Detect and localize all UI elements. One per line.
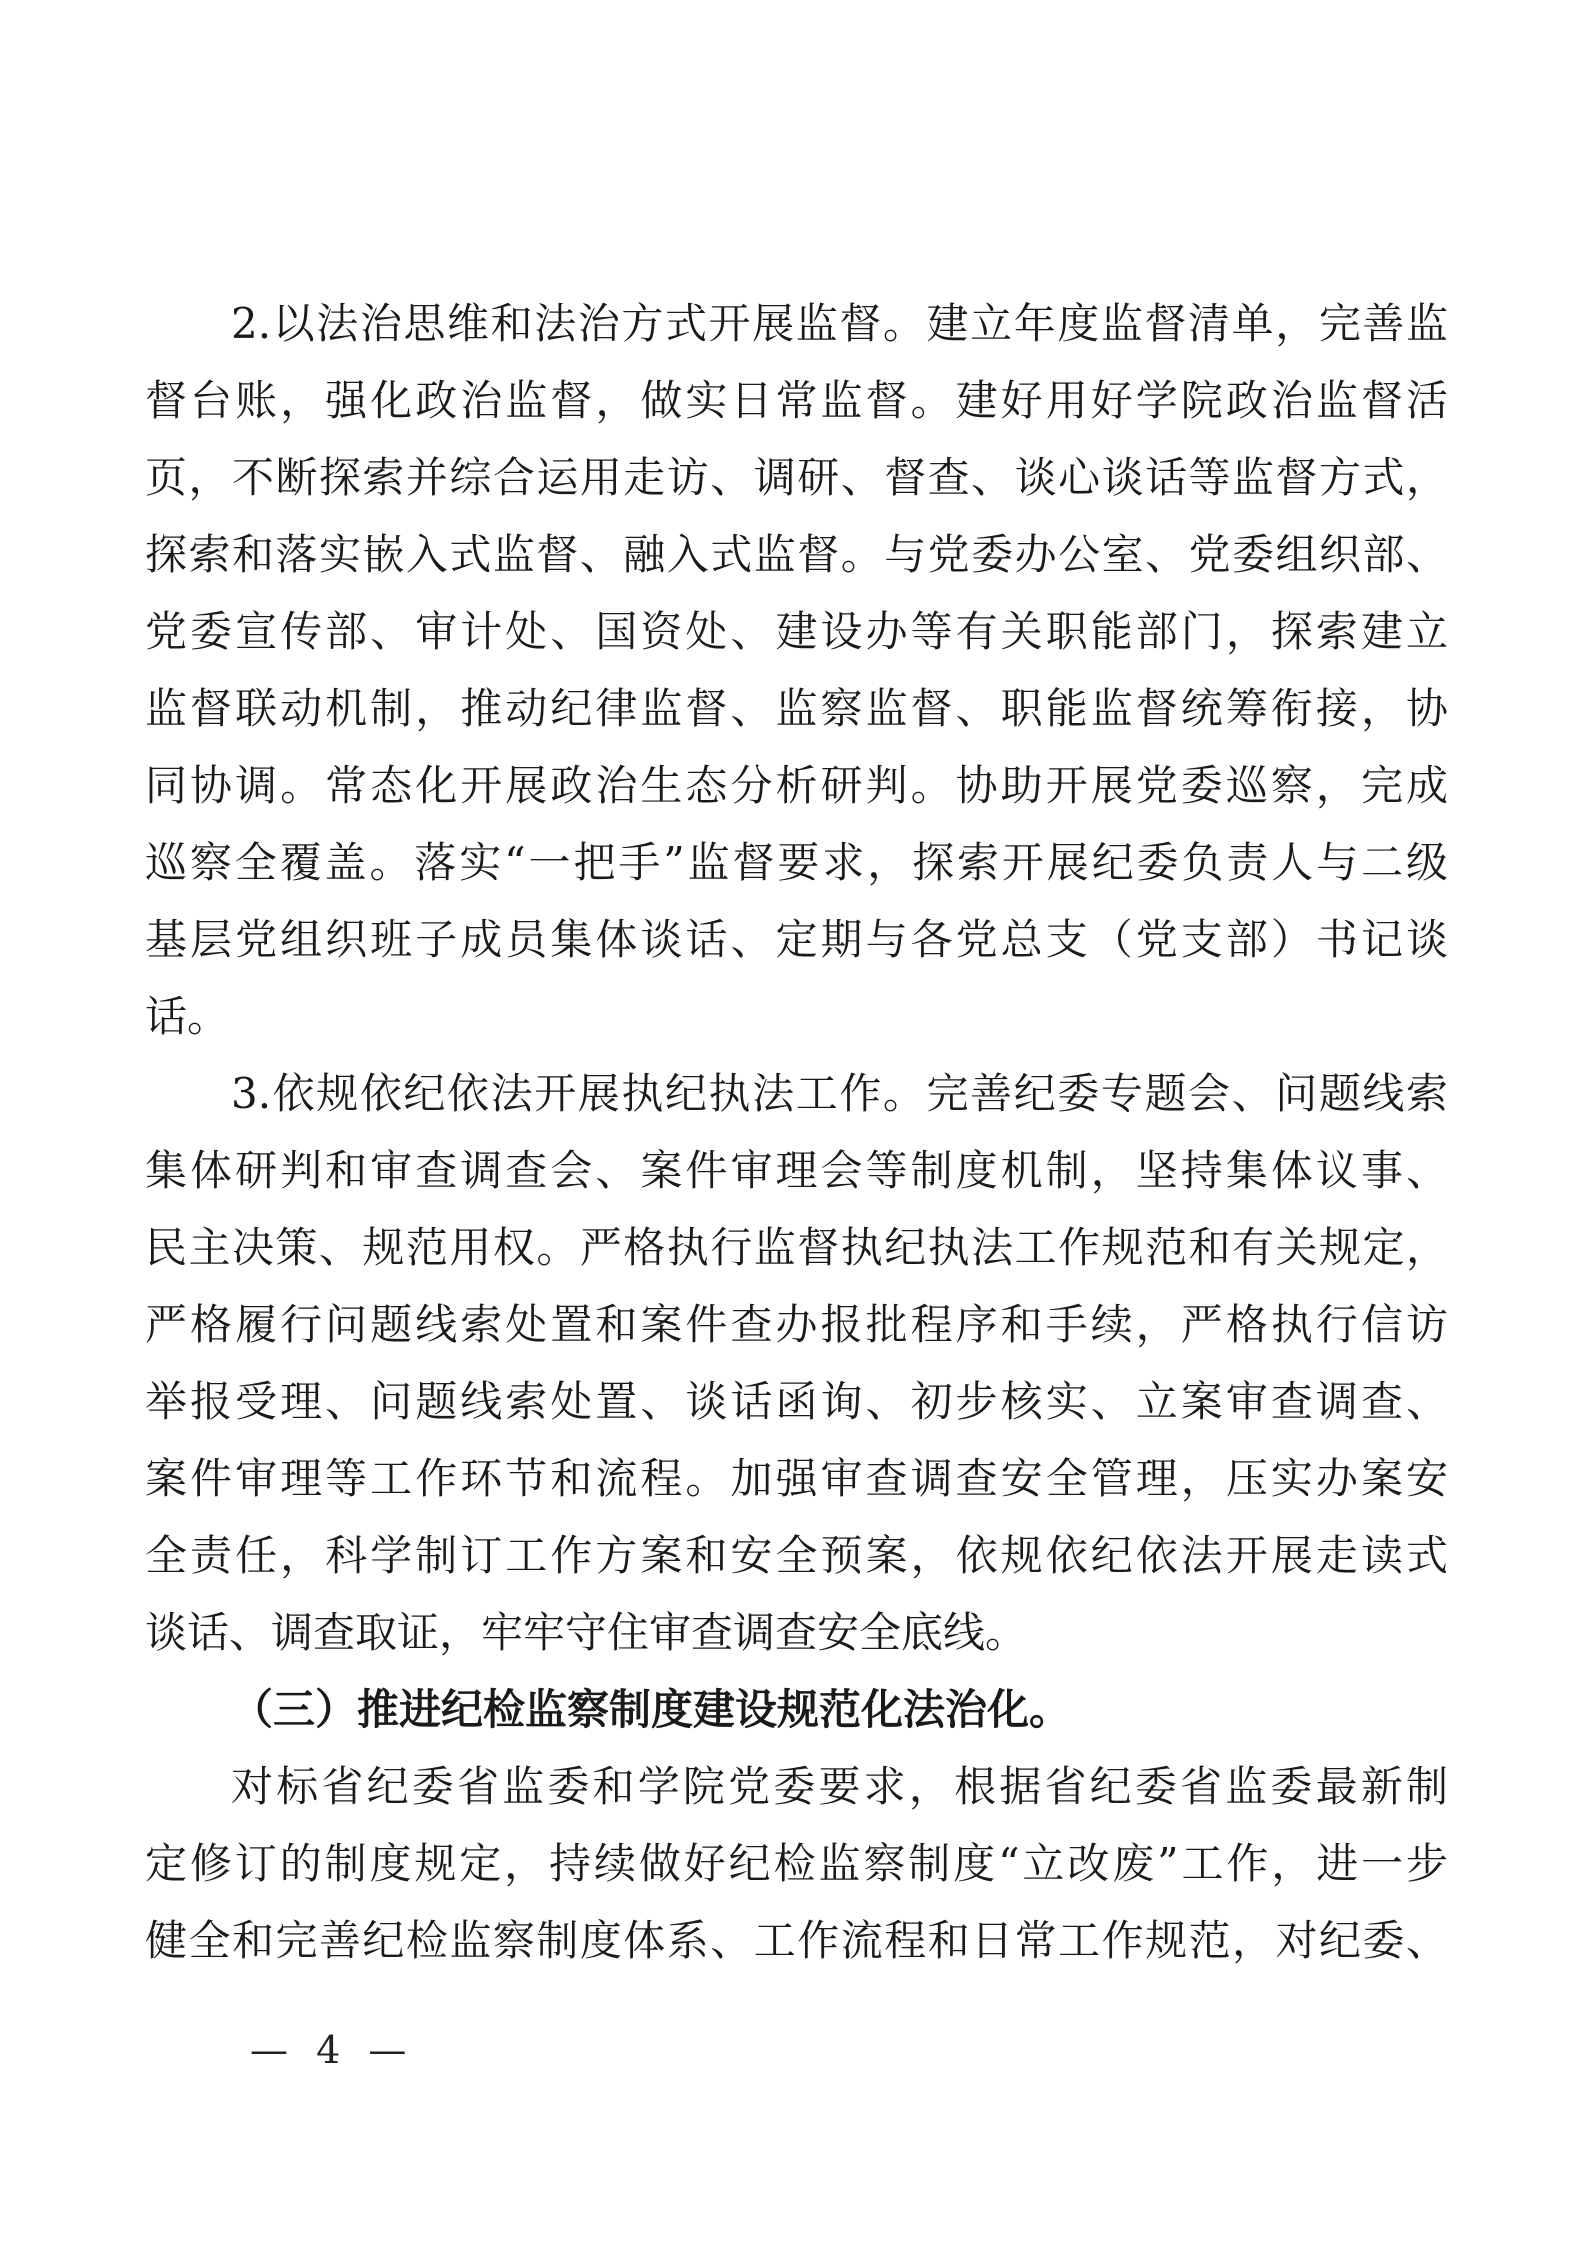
body-line: 集体研判和审查调查会、案件审理会等制度机制，坚持集体议事、 [145, 1132, 1448, 1209]
body-line: 民主决策、规范用权。严格执行监督执纪执法工作规范和有关规定， [145, 1209, 1448, 1286]
body-line: 页，不断探索并综合运用走访、调研、督查、谈心谈话等监督方式， [145, 439, 1448, 516]
body-line: 对标省纪委省监委和学院党委要求，根据省纪委省监委最新制 [145, 1748, 1448, 1825]
body-line: 监督联动机制，推动纪律监督、监察监督、职能监督统筹衔接，协 [145, 670, 1448, 747]
body-line: 巡察全覆盖。落实“一把手”监督要求，探索开展纪委负责人与二级 [145, 824, 1448, 901]
body-line: 督台账，强化政治监督，做实日常监督。建好用好学院政治监督活 [145, 362, 1448, 439]
body-line: 3.依规依纪依法开展执纪执法工作。完善纪委专题会、问题线索 [145, 1055, 1448, 1132]
section-heading: （三）推进纪检监察制度建设规范化法治化。 [145, 1671, 1448, 1748]
body-line: 谈话、调查取证，牢牢守住审查调查安全底线。 [145, 1594, 1448, 1671]
body-line: 案件审理等工作环节和流程。加强审查调查安全管理，压实办案安 [145, 1440, 1448, 1517]
body-line: 基层党组织班子成员集体谈话、定期与各党总支（党支部）书记谈 [145, 901, 1448, 978]
document-page: 2.以法治思维和法治方式开展监督。建立年度监督清单，完善监 督台账，强化政治监督… [0, 0, 1587, 2245]
body-line: 严格履行问题线索处置和案件查办报批程序和手续，严格执行信访 [145, 1286, 1448, 1363]
page-number: — 4 — [250, 2028, 406, 2072]
body-line: 2.以法治思维和法治方式开展监督。建立年度监督清单，完善监 [145, 285, 1448, 362]
body-line: 探索和落实嵌入式监督、融入式监督。与党委办公室、党委组织部、 [145, 516, 1448, 593]
body-line: 举报受理、问题线索处置、谈话函询、初步核实、立案审查调查、 [145, 1363, 1448, 1440]
body-line: 党委宣传部、审计处、国资处、建设办等有关职能部门，探索建立 [145, 593, 1448, 670]
body-line: 话。 [145, 978, 1448, 1055]
document-body: 2.以法治思维和法治方式开展监督。建立年度监督清单，完善监 督台账，强化政治监督… [145, 285, 1448, 1979]
body-line: 健全和完善纪检监察制度体系、工作流程和日常工作规范，对纪委、 [145, 1902, 1448, 1979]
body-line: 同协调。常态化开展政治生态分析研判。协助开展党委巡察，完成 [145, 747, 1448, 824]
body-line: 定修订的制度规定，持续做好纪检监察制度“立改废”工作，进一步 [145, 1825, 1448, 1902]
body-line: 全责任，科学制订工作方案和安全预案，依规依纪依法开展走读式 [145, 1517, 1448, 1594]
